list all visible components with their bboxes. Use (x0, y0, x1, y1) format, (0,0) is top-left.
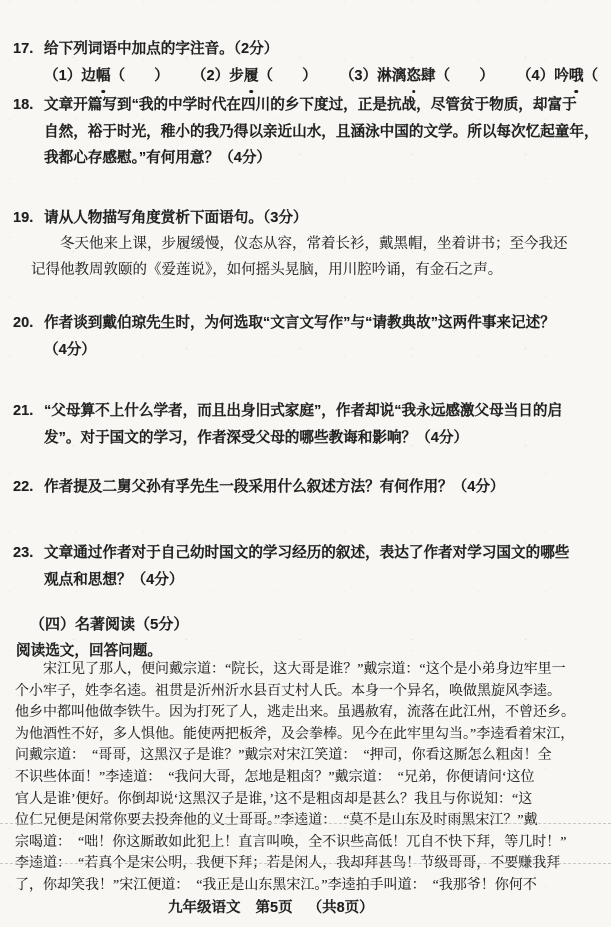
question-line: 21.“父母算不上什么学者，而且出身旧式家庭”，作者却说“我永远感激父母当日的启 (13, 398, 562, 425)
question-line: 发”。对于国文的学习，作者深受父母的哪些教诲和影响？（4分） (13, 425, 562, 452)
question-text: 作者提及二舅父孙有孚先生一段采用什么叙述方法？有何作用？（4分） (44, 479, 505, 495)
question-number: 21. (13, 398, 44, 425)
question-number: 18. (13, 92, 44, 119)
question-20: 20.作者谈到戴伯琼先生时，为何选取“文言文写作”与“请教典故”这两件事来记述？… (13, 310, 555, 363)
passage-line: 宗喝道： “咄！你这厮敢如此犯上！直言叫唤，全不识些高低！兀自不快下拜，等几时！… (15, 832, 575, 854)
q19-quoted-passage: 冬天他来上课，步履缓慢，仪态从容，常着长衫，戴黑帽，坐着讲书；至今我还记得他教周… (31, 231, 568, 283)
scan-fold-line (0, 863, 611, 864)
passage-line: 李逵道： “若真个是宋公明，我便下拜；若是闲人，我却拜甚鸟！节级哥哥，不要赚我拜 (15, 853, 575, 875)
passage-line: 了，你却笑我！”宋江便道： “我正是山东黑宋江。”李逵拍手叫道： “我那爷！你何… (15, 875, 575, 897)
passage-line: 宋江见了那人，便问戴宗道：“院长，这大哥是谁？”戴宗道：“这个是小弟身边牢里一 (15, 659, 575, 681)
question-23: 23.文章通过作者对于自己幼时国文的学习经历的叙述，表达了作者对学习国文的哪些观… (13, 540, 569, 593)
question-text: 文章开篇写到“我的中学时代在四川的乡下度过，正是抗战，尽管贫于物质，却富于 (44, 97, 577, 113)
word-prefix: （2）步 (192, 68, 244, 84)
question-22: 22.作者提及二舅父孙有孚先生一段采用什么叙述方法？有何作用？（4分） (13, 474, 505, 501)
question-text: “父母算不上什么学者，而且出身旧式家庭”，作者却说“我永远感激父母当日的启 (44, 403, 562, 419)
question-text: 作者谈到戴伯琼先生时，为何选取“文言文写作”与“请教典故”这两件事来记述？ (44, 315, 555, 331)
reading-instruction: 阅读选文，回答问题。 (16, 639, 162, 660)
novel-excerpt: 宋江见了那人，便问戴宗道：“院长，这大哥是谁？”戴宗道：“这个是小弟身边牢里一个… (15, 659, 575, 897)
pinyin-word-item: （1）边幅（ ） (44, 63, 169, 90)
quote-line: 冬天他来上课，步履缓慢，仪态从容，常着长衫，戴黑帽，坐着讲书；至今我还 (31, 231, 568, 257)
question-line: 20.作者谈到戴伯琼先生时，为何选取“文言文写作”与“请教典故”这两件事来记述？ (13, 310, 555, 337)
section-heading: （四）名著阅读（5分） (30, 613, 188, 634)
question-text: 文章通过作者对于自己幼时国文的学习经历的叙述，表达了作者对学习国文的哪些 (44, 545, 569, 561)
passage-line: 位仁兄便是闲常你要去投奔他的义士哥哥。”李逵道： “莫不是山东及时雨黑宋江？”戴 (15, 810, 575, 832)
question-17: 17.给下列词语中加点的字注音。（2分） (13, 36, 278, 63)
word-prefix: （3）淋漓 (340, 68, 407, 84)
answer-blank-parens: （ ） (258, 68, 316, 84)
passage-line: 官人是谁’便好。你倒却说‘这黑汉子是谁，’这不是粗卤却是甚么？我且与你说知：“这 (15, 789, 575, 811)
emphasis-dot-char: 哦 (569, 63, 584, 90)
pinyin-word-line: （1）边幅（ ）（2）步履（ ）（3）淋漓恣肆（ ）（4）吟哦（ ） (44, 63, 611, 90)
question-line: 观点和思想？（4分） (13, 567, 569, 594)
question-line: 自然，裕于时光，稚小的我乃得以亲近山水，且涵泳中国的文学。所以每次忆起童年， (13, 119, 599, 146)
word-prefix: （4）吟 (517, 68, 569, 84)
question-number: 19. (13, 205, 44, 232)
emphasis-dot-char: 幅 (96, 63, 111, 90)
question-number: 23. (13, 540, 44, 567)
question-number: 20. (13, 310, 44, 337)
question-21: 21.“父母算不上什么学者，而且出身旧式家庭”，作者却说“我永远感激父母当日的启… (13, 398, 562, 451)
emphasis-dot-char: 恣 (406, 63, 421, 90)
answer-blank-parens: （ ） (436, 68, 494, 84)
answer-blank-parens: （ ） (583, 68, 611, 84)
quote-line: 记得他教周敦颐的《爱莲说》，如何摇头晃脑，用川腔吟诵，有金石之声。 (31, 257, 568, 283)
page-footer: 九年级语文 第5页 （共8页） (168, 896, 374, 917)
question-line: 23.文章通过作者对于自己幼时国文的学习经历的叙述，表达了作者对学习国文的哪些 (13, 540, 569, 567)
word-mid: 肆 (421, 68, 436, 84)
question-number: 22. (13, 474, 44, 501)
passage-line: 个小牢子，姓李名逵。祖贯是沂州沂水县百丈村人氏。本身一个异名，唤做黑旋风李逵。 (15, 681, 575, 703)
exam-page: 17.给下列词语中加点的字注音。（2分）18.文章开篇写到“我的中学时代在四川的… (0, 0, 611, 927)
question-line: 18.文章开篇写到“我的中学时代在四川的乡下度过，正是抗战，尽管贫于物质，却富于 (13, 92, 599, 119)
emphasis-dot-char: 履 (244, 63, 259, 90)
question-number: 17. (13, 36, 44, 63)
question-text: 给下列词语中加点的字注音。（2分） (44, 41, 278, 57)
passage-line: 他乡中都叫他做李铁牛。因为打死了人，逃走出来。虽遇赦宥，流落在此江州，不曾还乡。 (15, 702, 575, 724)
pinyin-word-item: （2）步履（ ） (192, 63, 317, 90)
question-line: 17.给下列词语中加点的字注音。（2分） (13, 36, 278, 63)
question-19: 19.请从人物描写角度赏析下面语句。（3分） (13, 205, 308, 232)
question-line: 19.请从人物描写角度赏析下面语句。（3分） (13, 205, 308, 232)
footer-total-pages: （共8页） (308, 896, 374, 917)
footer-page-number: 第5页 (256, 896, 293, 917)
passage-line: 问戴宗道： “哥哥，这黑汉子是谁？”戴宗对宋江笑道： “押司，你看这厮怎么粗卤！… (15, 745, 575, 767)
pinyin-word-item: （4）吟哦（ ） (517, 63, 611, 90)
question-line: （4分） (13, 337, 555, 364)
question-line: 我都心存感慰。”有何用意？（4分） (13, 145, 599, 172)
answer-blank-parens: （ ） (111, 68, 169, 84)
footer-course: 九年级语文 (168, 896, 241, 917)
question-18: 18.文章开篇写到“我的中学时代在四川的乡下度过，正是抗战，尽管贫于物质，却富于… (13, 92, 599, 172)
word-prefix: （1）边 (44, 68, 96, 84)
passage-line: 为他酒性不好，多人惧他。能使两把板斧，及会拳棒。见今在此牢里勾当。”李逵看着宋江… (15, 724, 575, 746)
passage-line: 不识些体面！”李逵道： “我问大哥，怎地是粗卤？”戴宗道： “兄弟，你便请问‘这… (15, 767, 575, 789)
question-text: 请从人物描写角度赏析下面语句。（3分） (44, 210, 308, 226)
pinyin-word-item: （3）淋漓恣肆（ ） (340, 63, 494, 90)
scan-fold-line (0, 823, 611, 824)
question-line: 22.作者提及二舅父孙有孚先生一段采用什么叙述方法？有何作用？（4分） (13, 474, 505, 501)
